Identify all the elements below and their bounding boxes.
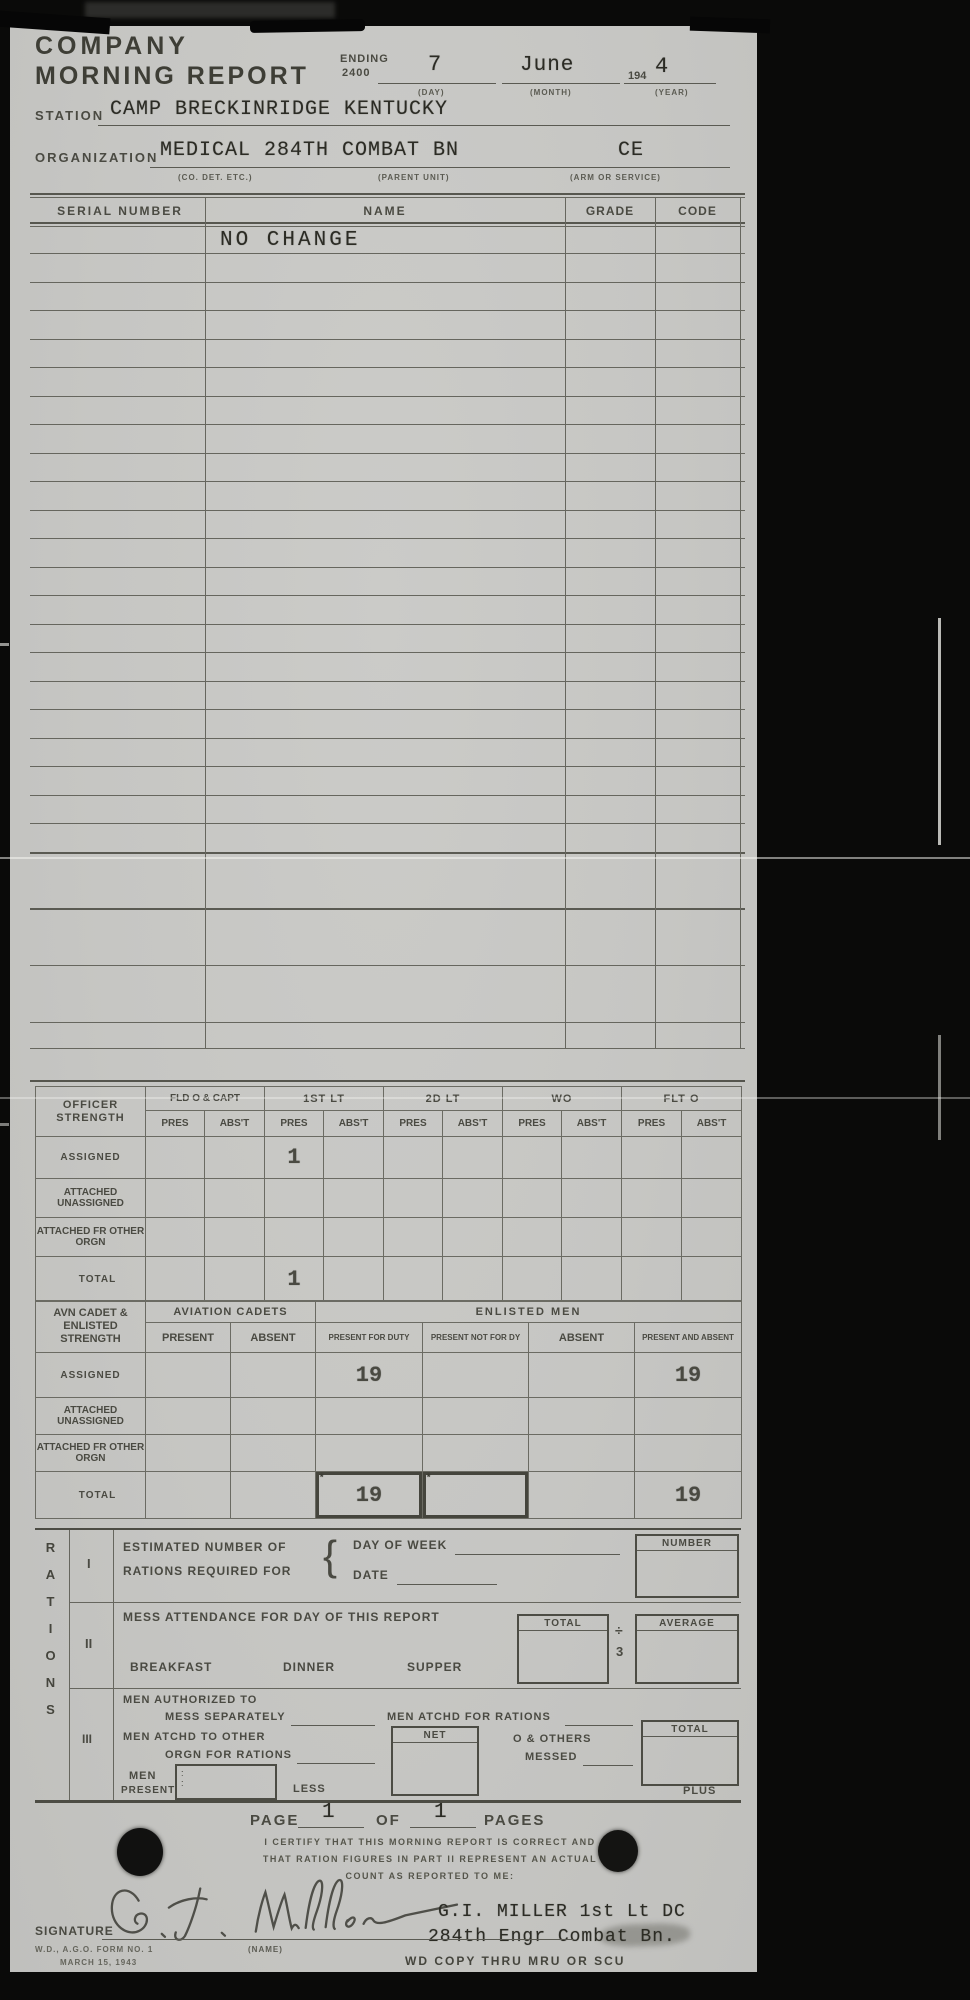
roster-vline-name bbox=[565, 197, 566, 1048]
roster-col-code: CODE bbox=[655, 204, 740, 218]
rations-part1-line1: ESTIMATED NUMBER OF bbox=[123, 1540, 286, 1554]
year-line bbox=[624, 83, 716, 84]
rations-divider-1 bbox=[69, 1602, 741, 1603]
edge-nick-2 bbox=[0, 1123, 9, 1126]
wd-copy-note: WD COPY THRU MRU OR SCU bbox=[405, 1954, 625, 1968]
typed-signature-name: G.I. MILLER 1st Lt DC bbox=[438, 1902, 686, 1922]
date-line bbox=[397, 1584, 497, 1585]
officer-sub-pres: PRES bbox=[503, 1111, 562, 1137]
officer-cell bbox=[503, 1179, 562, 1218]
messed-label: MESSED bbox=[525, 1751, 577, 1763]
roster-header-rule-1 bbox=[30, 222, 745, 224]
enlisted-cell bbox=[529, 1472, 635, 1519]
present-label: PRESENT bbox=[121, 1785, 175, 1796]
officer-cell bbox=[384, 1218, 443, 1257]
officer-cell bbox=[682, 1179, 742, 1218]
certification-line: I CERTIFY THAT THIS MORNING REPORT IS CO… bbox=[190, 1834, 670, 1851]
scratch-vertical-2 bbox=[938, 1035, 941, 1140]
certification-line: THAT RATION FIGURES IN PART II REPRESENT… bbox=[190, 1851, 670, 1868]
plus-label: PLUS bbox=[683, 1785, 716, 1797]
typed-dots: :: bbox=[181, 1768, 184, 1788]
officer-cell bbox=[562, 1137, 622, 1179]
roster-line bbox=[30, 652, 745, 653]
enlisted-cell bbox=[423, 1353, 529, 1398]
station-value: CAMP BRECKINRIDGE KENTUCKY bbox=[110, 98, 448, 121]
officer-cell bbox=[443, 1179, 503, 1218]
roster-line bbox=[30, 965, 745, 966]
officer-sub-abst: ABS'T bbox=[205, 1111, 265, 1137]
roster-vline-grade bbox=[655, 197, 656, 1048]
scratch-horizontal-2 bbox=[0, 1097, 970, 1099]
roster-line bbox=[30, 424, 745, 425]
breakfast-label: BREAKFAST bbox=[130, 1660, 212, 1674]
rations-part1-line2: RATIONS REQUIRED FOR bbox=[123, 1564, 291, 1578]
roster-line bbox=[30, 567, 745, 568]
roster-line bbox=[30, 624, 745, 625]
enlisted-row-label: ATTACHED FR OTHER ORGN bbox=[36, 1435, 146, 1472]
enlisted-cell bbox=[316, 1398, 423, 1435]
month-value: June bbox=[520, 54, 574, 77]
officer-cell bbox=[562, 1218, 622, 1257]
name-hint: (NAME) bbox=[248, 1945, 283, 1954]
officer-cell bbox=[682, 1137, 742, 1179]
mess-separately-line bbox=[291, 1725, 375, 1726]
roster-line bbox=[30, 453, 745, 454]
officer-cell bbox=[503, 1218, 562, 1257]
roster-line bbox=[30, 339, 745, 340]
roster-line bbox=[30, 396, 745, 397]
officer-sub-pres: PRES bbox=[622, 1111, 682, 1137]
scanned-morning-report: COMPANY MORNING REPORT ENDING 2400 7 (DA… bbox=[0, 0, 970, 2000]
mess-total-box: TOTAL bbox=[517, 1614, 609, 1684]
officer-sub-pres: PRES bbox=[265, 1111, 324, 1137]
roster-line bbox=[30, 709, 745, 710]
officer-row-label: ATTACHED UNASSIGNED bbox=[36, 1179, 146, 1218]
men-present-box: :: bbox=[175, 1764, 277, 1800]
enlisted-cell-total-pnfd: * bbox=[423, 1472, 529, 1519]
enlisted-col-head: PRESENT FOR DUTY bbox=[316, 1323, 423, 1353]
enlisted-cell: 19 bbox=[316, 1353, 423, 1398]
enlisted-cell bbox=[529, 1398, 635, 1435]
mess-separately-label: MESS SEPARATELY bbox=[165, 1711, 286, 1723]
roster-line bbox=[30, 852, 745, 854]
officer-cell bbox=[443, 1218, 503, 1257]
rations-vline-2 bbox=[113, 1530, 114, 1800]
enlisted-cell bbox=[231, 1353, 316, 1398]
month-line bbox=[502, 83, 620, 84]
enlisted-row-label: TOTAL bbox=[36, 1472, 146, 1519]
arm-service-value: CE bbox=[618, 139, 644, 162]
rations-part2-num: II bbox=[85, 1636, 92, 1651]
enlisted-col-head: PRESENT bbox=[146, 1323, 231, 1353]
roster-line bbox=[30, 738, 745, 739]
rations-date-label: DATE bbox=[353, 1568, 389, 1582]
page-value: 1 bbox=[322, 1801, 336, 1824]
roster-line bbox=[30, 1022, 745, 1023]
form-title-line2: MORNING REPORT bbox=[35, 62, 309, 91]
organization-value: MEDICAL 284TH COMBAT BN bbox=[160, 139, 459, 162]
officer-cell bbox=[562, 1179, 622, 1218]
year-hint: (YEAR) bbox=[655, 88, 689, 97]
signature-line bbox=[102, 1939, 574, 1940]
of-label: OF bbox=[376, 1812, 401, 1829]
officer-cell bbox=[324, 1218, 384, 1257]
footnote-mark: * bbox=[319, 1473, 324, 1483]
enlisted-group-enlisted: ENLISTED MEN bbox=[316, 1301, 742, 1323]
form-id-line2: MARCH 15, 1943 bbox=[60, 1958, 137, 1967]
roster-col-serial: SERIAL NUMBER bbox=[35, 204, 205, 218]
enlisted-cell bbox=[423, 1398, 529, 1435]
messed-line bbox=[583, 1765, 633, 1766]
organization-label: ORGANIZATION bbox=[35, 150, 158, 165]
rations-section: RATIONS I ESTIMATED NUMBER OF RATIONS RE… bbox=[35, 1528, 741, 1803]
officer-top-rule bbox=[30, 1080, 745, 1082]
officer-cell bbox=[205, 1179, 265, 1218]
enlisted-row-label: ATTACHED UNASSIGNED bbox=[36, 1398, 146, 1435]
enlisted-group-cadets: AVIATION CADETS bbox=[146, 1301, 316, 1323]
officer-sub-abst: ABS'T bbox=[682, 1111, 742, 1137]
enlisted-col-head: PRESENT NOT FOR DY bbox=[423, 1323, 529, 1353]
enlisted-cell bbox=[423, 1435, 529, 1472]
officer-title: OFFICER STRENGTH bbox=[36, 1087, 146, 1137]
roster-col-grade: GRADE bbox=[565, 204, 655, 218]
officer-cell: 1 bbox=[265, 1137, 324, 1179]
men-authorized-label: MEN AUTHORIZED TO bbox=[123, 1694, 257, 1706]
scratch-vertical-1 bbox=[938, 618, 941, 845]
day-value: 7 bbox=[428, 52, 442, 77]
officer-cell: 1 bbox=[265, 1257, 324, 1302]
officer-cell bbox=[324, 1257, 384, 1302]
scratch-horizontal-1 bbox=[0, 857, 970, 859]
men-atchd-other-label: MEN ATCHD TO OTHER bbox=[123, 1731, 265, 1743]
pages-value: 1 bbox=[434, 1801, 448, 1824]
rations-day-of-week-label: DAY OF WEEK bbox=[353, 1538, 447, 1552]
pages-label: PAGES bbox=[484, 1812, 545, 1829]
film-edge-blob-3 bbox=[690, 17, 770, 34]
year-typed: 4 bbox=[655, 54, 669, 79]
document-page: COMPANY MORNING REPORT ENDING 2400 7 (DA… bbox=[10, 26, 757, 1972]
enlisted-cell bbox=[635, 1435, 742, 1472]
officer-cell bbox=[324, 1137, 384, 1179]
roster-line bbox=[30, 367, 745, 368]
enlisted-col-head: PRESENT AND ABSENT bbox=[635, 1323, 742, 1353]
page-line bbox=[298, 1827, 364, 1828]
roster-line bbox=[30, 823, 745, 824]
officer-sub-abst: ABS'T bbox=[562, 1111, 622, 1137]
day-line bbox=[378, 83, 496, 84]
rations-brace: { bbox=[323, 1532, 337, 1580]
men-label: MEN bbox=[129, 1770, 156, 1782]
form-title-line1: COMPANY bbox=[35, 32, 189, 61]
roster-line bbox=[30, 681, 745, 682]
enlisted-strength-table: AVN CADET & ENLISTED STRENGTH AVIATION C… bbox=[35, 1300, 742, 1519]
officer-row-label: ASSIGNED bbox=[36, 1137, 146, 1179]
dinner-label: DINNER bbox=[283, 1660, 335, 1674]
less-label: LESS bbox=[293, 1783, 326, 1795]
officer-cell bbox=[265, 1179, 324, 1218]
organization-arm-hint: (ARM OR SERVICE) bbox=[570, 173, 661, 182]
officer-cell bbox=[622, 1218, 682, 1257]
divide-sign: ÷ bbox=[615, 1622, 623, 1638]
organization-co-hint: (CO. DET. ETC.) bbox=[178, 173, 253, 182]
organization-parent-hint: (PARENT UNIT) bbox=[378, 173, 450, 182]
enlisted-cell bbox=[146, 1353, 231, 1398]
enlisted-cell bbox=[146, 1398, 231, 1435]
roster-line bbox=[30, 595, 745, 596]
page-label: PAGE bbox=[250, 1812, 299, 1829]
officer-row-label: TOTAL bbox=[36, 1257, 146, 1302]
film-edge-blob-2 bbox=[250, 19, 365, 33]
net-box-label: NET bbox=[393, 1728, 477, 1743]
officer-sub-abst: ABS'T bbox=[443, 1111, 503, 1137]
officer-sub-pres: PRES bbox=[146, 1111, 205, 1137]
number-box: NUMBER bbox=[635, 1534, 739, 1598]
officer-cell bbox=[146, 1257, 205, 1302]
officer-sub-abst: ABS'T bbox=[324, 1111, 384, 1137]
average-box: AVERAGE bbox=[635, 1614, 739, 1684]
enlisted-cell bbox=[316, 1435, 423, 1472]
rations-part1-num: I bbox=[87, 1556, 91, 1571]
officer-strength-table: OFFICER STRENGTH FLD O & CAPT 1ST LT 2D … bbox=[35, 1086, 742, 1302]
form-id-line1: W.D., A.G.O. FORM NO. 1 bbox=[35, 1945, 153, 1954]
officer-cell bbox=[205, 1218, 265, 1257]
roster-line bbox=[30, 795, 745, 796]
average-box-label: AVERAGE bbox=[637, 1616, 737, 1631]
officer-cell bbox=[562, 1257, 622, 1302]
officer-cell bbox=[384, 1137, 443, 1179]
station-line bbox=[98, 125, 730, 126]
edge-nick-1 bbox=[0, 643, 9, 646]
station-label: STATION bbox=[35, 108, 104, 123]
number-box-label: NUMBER bbox=[637, 1536, 737, 1551]
officer-cell bbox=[443, 1137, 503, 1179]
officer-cell bbox=[682, 1218, 742, 1257]
officer-cell bbox=[146, 1137, 205, 1179]
officer-cell bbox=[443, 1257, 503, 1302]
officer-cell bbox=[622, 1137, 682, 1179]
ending-value: 2400 bbox=[342, 67, 370, 79]
enlisted-cell bbox=[231, 1398, 316, 1435]
officer-cell bbox=[503, 1137, 562, 1179]
rations-part3-num: III bbox=[82, 1732, 92, 1746]
roster-line bbox=[30, 766, 745, 767]
enlisted-cell: 19 bbox=[635, 1353, 742, 1398]
officer-cell bbox=[503, 1257, 562, 1302]
officer-cell bbox=[146, 1218, 205, 1257]
film-streak-top bbox=[85, 2, 335, 18]
officer-cell bbox=[265, 1218, 324, 1257]
officer-row-label: ATTACHED FR OTHER ORGN bbox=[36, 1218, 146, 1257]
pages-line bbox=[410, 1827, 476, 1828]
orgn-for-rations-line bbox=[297, 1763, 375, 1764]
enlisted-title: AVN CADET & ENLISTED STRENGTH bbox=[36, 1301, 146, 1353]
roster-line bbox=[30, 253, 745, 254]
rations-total-box: TOTAL bbox=[641, 1720, 739, 1786]
officer-cell bbox=[324, 1179, 384, 1218]
stamp-smudge bbox=[600, 1922, 691, 1947]
supper-label: SUPPER bbox=[407, 1660, 462, 1674]
roster-top-rule-1 bbox=[30, 193, 745, 195]
enlisted-cell bbox=[529, 1435, 635, 1472]
footnote-mark: * bbox=[426, 1473, 431, 1483]
roster-line bbox=[30, 908, 745, 910]
roster-col-name: NAME bbox=[205, 204, 565, 218]
roster-vline-serial bbox=[205, 197, 206, 1048]
orgn-for-rations-label: ORGN FOR RATIONS bbox=[165, 1749, 292, 1761]
roster-line bbox=[30, 510, 745, 511]
enlisted-cell bbox=[529, 1353, 635, 1398]
roster-header-rule-2 bbox=[30, 226, 745, 227]
month-hint: (MONTH) bbox=[530, 88, 572, 97]
officer-cell bbox=[622, 1179, 682, 1218]
year-printed: 194 bbox=[628, 70, 646, 82]
roster-vline-right bbox=[740, 197, 741, 1048]
roster-line bbox=[30, 1048, 745, 1049]
ending-label: ENDING bbox=[340, 53, 389, 65]
officer-cell bbox=[146, 1179, 205, 1218]
officer-cell bbox=[622, 1257, 682, 1302]
officer-cell bbox=[205, 1137, 265, 1179]
enlisted-cell bbox=[635, 1398, 742, 1435]
day-of-week-line bbox=[455, 1554, 620, 1555]
officer-sub-pres: PRES bbox=[384, 1111, 443, 1137]
rations-vline-1 bbox=[69, 1530, 70, 1800]
roster-line bbox=[30, 481, 745, 482]
organization-line bbox=[150, 167, 730, 168]
officer-cell bbox=[682, 1257, 742, 1302]
roster-line bbox=[30, 310, 745, 311]
enlisted-col-head: ABSENT bbox=[529, 1323, 635, 1353]
enlisted-cell-total-pfd: * 19 bbox=[316, 1472, 423, 1519]
mess-total-box-label: TOTAL bbox=[519, 1616, 607, 1631]
men-atchd-rations-line bbox=[565, 1725, 633, 1726]
rations-divider-2 bbox=[69, 1688, 741, 1689]
rations-side-label: RATIONS bbox=[43, 1540, 58, 1790]
enlisted-cell bbox=[146, 1472, 231, 1519]
enlisted-cell: 19 bbox=[635, 1472, 742, 1519]
punch-hole-left bbox=[117, 1828, 163, 1876]
signature-label: SIGNATURE bbox=[35, 1924, 114, 1938]
roster-top-rule-2 bbox=[30, 197, 745, 198]
mess-attendance-title: MESS ATTENDANCE FOR DAY OF THIS REPORT bbox=[123, 1610, 440, 1624]
enlisted-col-head: ABSENT bbox=[231, 1323, 316, 1353]
divide-by-three: 3 bbox=[616, 1644, 623, 1659]
men-atchd-rations-label: MEN ATCHD FOR RATIONS bbox=[387, 1711, 551, 1723]
o-and-others-label: O & OTHERS bbox=[513, 1733, 591, 1745]
roster-line bbox=[30, 282, 745, 283]
net-box: NET bbox=[391, 1726, 479, 1796]
enlisted-cell bbox=[231, 1435, 316, 1472]
rations-total-box-label: TOTAL bbox=[643, 1722, 737, 1737]
enlisted-cell bbox=[146, 1435, 231, 1472]
enlisted-cell bbox=[231, 1472, 316, 1519]
roster-entry: NO CHANGE bbox=[220, 229, 360, 252]
officer-cell bbox=[384, 1179, 443, 1218]
officer-cell bbox=[205, 1257, 265, 1302]
enlisted-row-label: ASSIGNED bbox=[36, 1353, 146, 1398]
roster-line bbox=[30, 538, 745, 539]
day-hint: (DAY) bbox=[418, 88, 444, 97]
officer-cell bbox=[384, 1257, 443, 1302]
